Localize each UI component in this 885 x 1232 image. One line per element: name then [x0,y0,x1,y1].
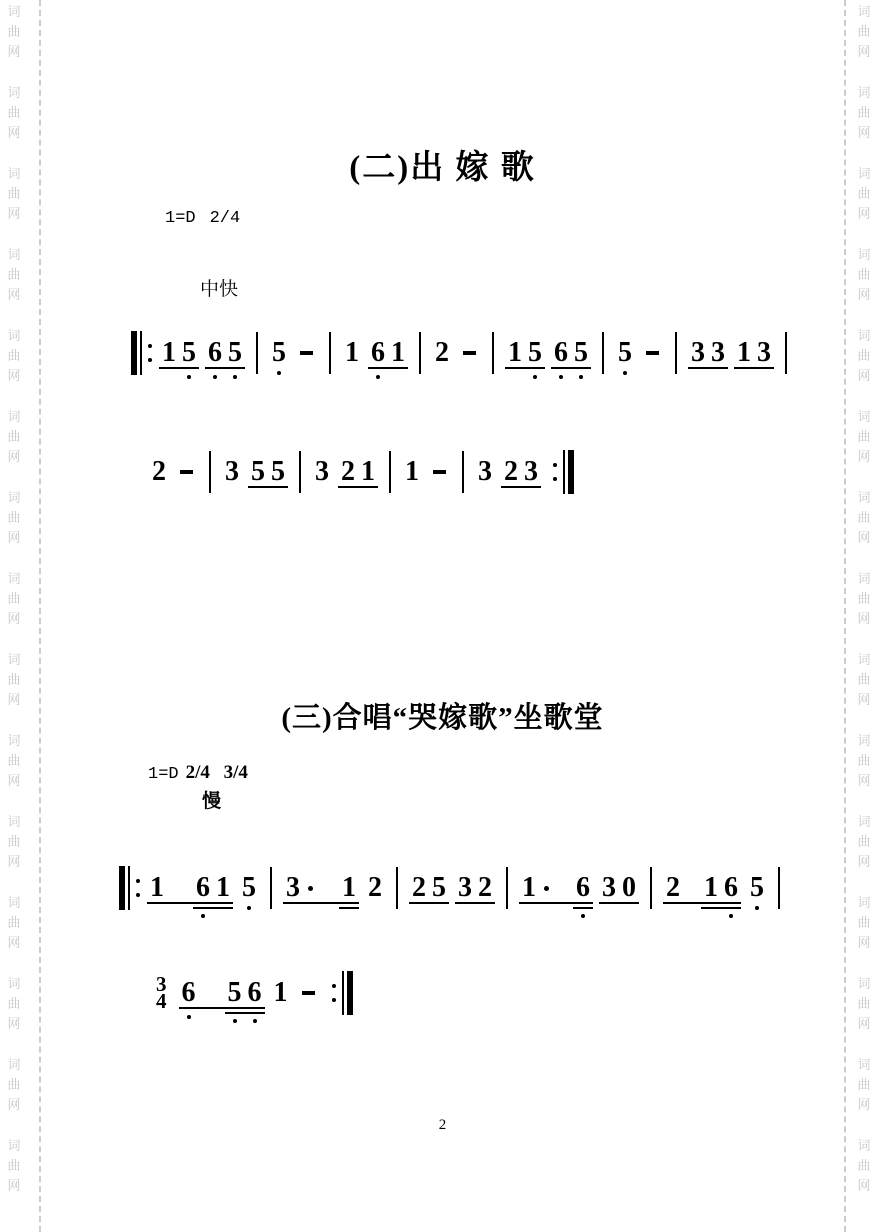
thin-bar [563,450,565,494]
note: 5 [248,459,268,485]
octave-dot [623,371,627,375]
octave-dot [533,375,537,379]
song1-music-line-1: 156551612156553313 [131,340,795,366]
note-group: 31 [283,875,359,901]
duration-dash [300,351,313,355]
octave-dot [233,375,237,379]
note: 5 [225,340,245,366]
watermark-char: 曲 [855,751,873,771]
watermark-char: 网 [855,609,873,629]
octave-dot [376,375,380,379]
watermark-text: 词曲网 [5,731,23,791]
barline [209,451,211,493]
song1-music-line-2: 23553211323 [146,459,574,485]
watermark-text: 词曲网 [855,1055,873,1115]
watermark-char: 曲 [5,589,23,609]
watermark-char: 曲 [5,265,23,285]
watermark-char: 曲 [855,589,873,609]
repeat-dots [332,984,336,1002]
watermark-text: 词曲网 [5,893,23,953]
watermark-char: 词 [855,407,873,427]
watermark-char: 词 [855,1055,873,1075]
beam-line [551,367,591,369]
note: 3 [222,459,242,485]
repeat-end-barline [329,971,353,1015]
song2-music-line-2: 346561 [147,980,353,1006]
watermark-char: 曲 [5,1156,23,1176]
watermark-char: 曲 [855,508,873,528]
beam-line [573,907,593,909]
watermark-char: 网 [5,1176,23,1196]
watermark-char: 词 [5,245,23,265]
note: 3 [599,875,619,901]
note: 6 [573,875,593,901]
watermark-text: 词曲网 [5,83,23,143]
beam-line [179,1007,265,1009]
song2-key: 1=D [148,765,179,784]
note: 3 [708,340,728,366]
watermark-char: 网 [5,609,23,629]
note-group: 2 [149,459,169,485]
note: 5 [225,980,245,1006]
watermark-text: 词曲网 [5,245,23,305]
song2-tempo: 慢 [202,786,221,813]
note-group: 25 [409,875,449,901]
note: 6 [193,875,213,901]
note: 5 [179,340,199,366]
note-group: 65 [551,340,591,366]
repeat-dots [553,463,557,481]
beam-line [159,367,199,369]
note-group: 65 [205,340,245,366]
repeat-dot [553,463,557,467]
watermark-char: 词 [5,326,23,346]
watermark-char: 词 [5,569,23,589]
repeat-dot [148,344,152,348]
octave-dot [277,371,281,375]
note: 1 [358,459,378,485]
note: 6 [721,875,741,901]
song2-meters: 2/4 3/4 [186,762,248,783]
song1-meter: 2/4 [210,209,241,228]
octave-dot [755,906,759,910]
repeat-begin-barline [131,331,155,375]
watermark-char: 网 [855,1176,873,1196]
watermark-text: 词曲网 [5,974,23,1034]
watermark-char: 词 [5,812,23,832]
thin-bar [128,866,130,910]
barline [492,332,494,374]
song2-title: (三)合唱“哭嫁歌”坐歌堂 [0,695,885,736]
octave-dot [729,914,733,918]
watermark-char: 词 [5,488,23,508]
watermark-char: 曲 [5,1075,23,1095]
note: 3 [455,875,475,901]
watermark-char: 网 [5,42,23,62]
repeat-dot [136,879,140,883]
song1-key: 1=D [165,209,196,228]
octave-dot [187,1015,191,1019]
watermark-text: 词曲网 [5,2,23,62]
note: 1 [147,875,167,901]
beam-line [519,902,593,904]
watermark-char: 曲 [5,22,23,42]
beam-line [501,486,541,488]
watermark-char: 曲 [5,913,23,933]
page-number: 2 [0,1117,885,1134]
beam-line [505,367,545,369]
watermark-char: 网 [5,366,23,386]
watermark-char: 网 [5,933,23,953]
beam-line [339,907,359,909]
duration-dash [433,470,446,474]
note-group: 5 [269,340,289,366]
note-group: 216 [663,875,741,901]
watermark-char: 词 [5,83,23,103]
note: 1 [505,340,525,366]
octave-dot [253,1019,257,1023]
watermark-char: 曲 [855,346,873,366]
beam-line [688,367,728,369]
watermark-text: 词曲网 [5,326,23,386]
note: 1 [213,875,233,901]
beam-line [701,907,741,909]
beam-line [599,902,639,904]
repeat-dot [332,998,336,1002]
note-group: 5 [747,875,767,901]
note: 5 [269,340,289,366]
octave-dot [579,375,583,379]
beam-line [225,1012,265,1014]
note: 5 [747,875,767,901]
watermark-char: 词 [855,893,873,913]
watermark-char: 曲 [5,427,23,447]
watermark-char: 曲 [855,670,873,690]
repeat-dots [148,344,152,362]
octave-dot [201,914,205,918]
time-signature-denominator: 4 [156,993,167,1010]
note: 2 [149,459,169,485]
watermark-text: 词曲网 [5,407,23,467]
beam-line [455,902,495,904]
watermark-char: 曲 [5,346,23,366]
repeat-dot [148,358,152,362]
barline [462,451,464,493]
note: 6 [205,340,225,366]
watermark-char: 网 [855,285,873,305]
note: 1 [339,875,359,901]
barline [778,867,780,909]
watermark-char: 词 [5,893,23,913]
note-group: 16 [519,875,593,901]
note: 6 [368,340,388,366]
augmentation-dot [308,886,313,891]
beam-line [283,902,359,904]
note: 2 [501,459,521,485]
repeat-dot [136,893,140,897]
octave-dot [233,1019,237,1023]
watermark-char: 网 [855,771,873,791]
note: 5 [615,340,635,366]
watermark-char: 词 [5,650,23,670]
barline [675,332,677,374]
watermark-char: 词 [855,245,873,265]
note: 3 [475,459,495,485]
watermark-char: 词 [5,974,23,994]
octave-dot [581,914,585,918]
repeat-end-barline [550,450,574,494]
note: 3 [283,875,303,901]
watermark-char: 词 [855,569,873,589]
watermark-char: 网 [855,42,873,62]
note-group: 5 [615,340,635,366]
thick-bar [119,866,125,910]
barline [506,867,508,909]
barline [419,332,421,374]
note: 1 [159,340,179,366]
beam-line [409,902,449,904]
watermark-text: 词曲网 [855,245,873,305]
watermark-text: 词曲网 [855,488,873,548]
note-group: 33 [688,340,728,366]
watermark-text: 词曲网 [855,326,873,386]
watermark-char: 曲 [855,22,873,42]
watermark-text: 词曲网 [5,1136,23,1196]
octave-dot [247,906,251,910]
beam-line [248,486,288,488]
watermark-char: 网 [855,1014,873,1034]
watermark-char: 网 [855,528,873,548]
note: 0 [619,875,639,901]
note: 6 [179,980,199,1006]
song1-key-line: 1=D2/4 [165,208,240,229]
beam-line [734,367,774,369]
octave-dot [213,375,217,379]
watermark-text: 词曲网 [5,812,23,872]
note: 1 [701,875,721,901]
note: 1 [388,340,408,366]
watermark-text: 词曲网 [855,569,873,629]
note: 1 [342,340,362,366]
duration-dash [180,470,193,474]
watermark-text: 词曲网 [855,1136,873,1196]
watermark-text: 词曲网 [855,83,873,143]
beam-line [147,902,233,904]
watermark-char: 曲 [855,832,873,852]
watermark-char: 词 [855,650,873,670]
song1-tempo: 中快 [200,274,238,301]
note-group: 3 [475,459,495,485]
note: 2 [338,459,358,485]
barline [650,867,652,909]
watermark-text: 词曲网 [855,2,873,62]
octave-dot [187,375,191,379]
note-group: 161 [147,875,233,901]
duration-dash [302,991,315,995]
repeat-dot [332,984,336,988]
watermark-char: 曲 [5,832,23,852]
note-group: 32 [455,875,495,901]
watermark-char: 词 [5,1055,23,1075]
octave-dot [559,375,563,379]
watermark-char: 网 [855,366,873,386]
watermark-char: 网 [5,1014,23,1034]
watermark-char: 曲 [855,427,873,447]
watermark-char: 曲 [855,1156,873,1176]
watermark-char: 词 [855,83,873,103]
watermark-char: 词 [855,812,873,832]
watermark-char: 网 [5,1095,23,1115]
watermark-text: 词曲网 [855,893,873,953]
note: 5 [239,875,259,901]
note-group: 61 [368,340,408,366]
repeat-dots [136,879,140,897]
beam-line [663,902,741,904]
note-group: 1 [271,980,291,1006]
note: 2 [365,875,385,901]
watermark-char: 词 [5,1136,23,1156]
repeat-dot [553,477,557,481]
watermark-char: 网 [5,285,23,305]
watermark-text: 词曲网 [5,569,23,629]
watermark-char: 网 [855,852,873,872]
watermark-char: 曲 [855,103,873,123]
watermark-char: 网 [5,852,23,872]
note: 1 [519,875,539,901]
watermark-char: 网 [855,204,873,224]
barline [270,867,272,909]
barline [785,332,787,374]
watermark-char: 网 [855,123,873,143]
barline [329,332,331,374]
watermark-char: 网 [5,204,23,224]
song2-key-line: 1=D2/4 3/4 [148,763,248,785]
note-group: 13 [734,340,774,366]
note: 1 [402,459,422,485]
watermark-text: 词曲网 [855,407,873,467]
note-group: 15 [505,340,545,366]
watermark-char: 曲 [855,1075,873,1095]
note-group: 23 [501,459,541,485]
watermark-text: 词曲网 [5,488,23,548]
beam-line [338,486,378,488]
note-group: 1 [342,340,362,366]
note: 6 [245,980,265,1006]
watermark-char: 网 [855,1095,873,1115]
repeat-begin-barline [119,866,143,910]
note: 5 [429,875,449,901]
watermark-char: 曲 [5,103,23,123]
watermark-char: 曲 [855,265,873,285]
barline [602,332,604,374]
watermark-char: 网 [5,447,23,467]
barline [396,867,398,909]
barline [389,451,391,493]
watermark-text: 词曲网 [855,731,873,791]
note: 2 [432,340,452,366]
watermark-char: 词 [5,407,23,427]
watermark-char: 曲 [5,751,23,771]
note-group: 2 [365,875,385,901]
watermark-char: 网 [855,933,873,953]
note-group: 5 [239,875,259,901]
note-group: 55 [248,459,288,485]
watermark-char: 曲 [855,913,873,933]
watermark-text: 词曲网 [855,812,873,872]
watermark-char: 曲 [5,670,23,690]
beam-line [205,367,245,369]
note-group: 3 [312,459,332,485]
barline [256,332,258,374]
watermark-char: 网 [5,528,23,548]
beam-line [193,907,233,909]
note: 2 [663,875,683,901]
watermark-char: 词 [855,2,873,22]
watermark-char: 曲 [855,994,873,1014]
note: 5 [571,340,591,366]
beam-line [368,367,408,369]
watermark-char: 词 [855,1136,873,1156]
thin-bar [342,971,344,1015]
thick-bar [347,971,353,1015]
note: 2 [409,875,429,901]
watermark-text: 词曲网 [855,974,873,1034]
note-group: 21 [338,459,378,485]
thick-bar [131,331,137,375]
time-signature: 34 [156,976,167,1010]
watermark-text: 词曲网 [5,1055,23,1115]
note: 1 [271,980,291,1006]
watermark-char: 词 [5,2,23,22]
note: 3 [688,340,708,366]
watermark-char: 网 [5,123,23,143]
note: 5 [525,340,545,366]
watermark-char: 曲 [5,508,23,528]
thick-bar [568,450,574,494]
watermark-char: 网 [5,771,23,791]
note-group: 3 [222,459,242,485]
score-page: 词曲网词曲网词曲网词曲网词曲网词曲网词曲网词曲网词曲网词曲网词曲网词曲网词曲网词… [0,0,885,1232]
barline [299,451,301,493]
note-group: 15 [159,340,199,366]
song2-music-line-1: 1615312253216302165 [119,875,788,901]
watermark-char: 词 [855,326,873,346]
note: 3 [754,340,774,366]
note-group: 2 [432,340,452,366]
note-group: 656 [179,980,265,1006]
note: 3 [521,459,541,485]
note: 5 [268,459,288,485]
note: 2 [475,875,495,901]
note: 6 [551,340,571,366]
thin-bar [140,331,142,375]
note: 3 [312,459,332,485]
watermark-char: 词 [855,974,873,994]
augmentation-dot [544,886,549,891]
watermark-char: 词 [855,488,873,508]
note: 1 [734,340,754,366]
duration-dash [463,351,476,355]
watermark-char: 网 [855,447,873,467]
note-group: 30 [599,875,639,901]
watermark-char: 曲 [5,994,23,1014]
duration-dash [646,351,659,355]
note-group: 1 [402,459,422,485]
song1-title: (二)出 嫁 歌 [0,141,885,188]
